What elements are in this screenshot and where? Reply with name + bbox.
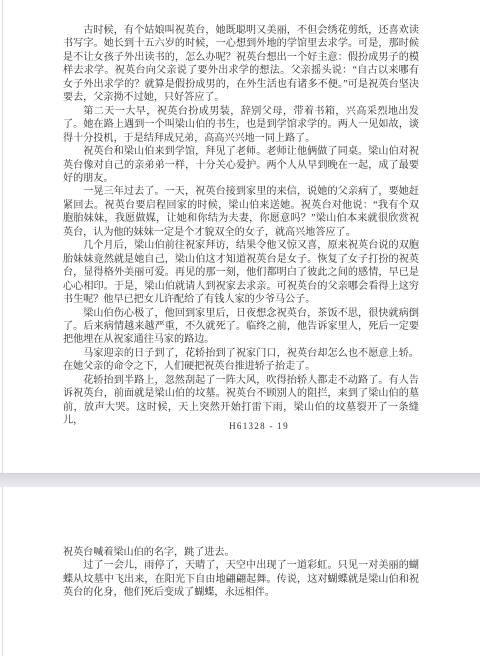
story-paragraph-10: 过了一会儿，雨停了，天晴了，天空中出现了一道彩虹。只见一对美丽的蝴蝶从坟墓中飞出…: [63, 559, 419, 599]
story-paragraph-7: 马家迎亲的日子到了，花轿抬到了祝家门口，祝英台却怎么也不愿意上轿。在她父亲的命令…: [63, 347, 419, 374]
story-paragraph-5: 几个月后，梁山伯前往祝家拜访，结果令他又惊又喜，原来祝英台说的双胞胎妹妹竟然就是…: [63, 239, 419, 306]
page-1-text-block: 古时候，有个姑娘叫祝英台，她既聪明又美丽，不但会绣花剪纸，还喜欢读书写字。她长到…: [63, 24, 419, 428]
page-2-text-block: 祝英台喊着梁山伯的名字，跳了进去。 过了一会儿，雨停了，天晴了，天空中出现了一道…: [63, 546, 419, 600]
story-paragraph-3: 祝英台和梁山伯来到学馆，拜见了老师。老师让他俩做了同桌。梁山伯对祝英台像对自己的…: [63, 145, 419, 185]
page-separator: [0, 473, 480, 487]
page-2: 祝英台喊着梁山伯的名字，跳了进去。 过了一会儿，雨停了，天晴了，天空中出现了一道…: [0, 487, 480, 656]
page-1-edge-line: [2, 0, 3, 473]
document-viewer: 古时候，有个姑娘叫祝英台，她既聪明又美丽，不但会绣花剪纸，还喜欢读书写字。她长到…: [0, 0, 480, 656]
page-1: 古时候，有个姑娘叫祝英台，她既聪明又美丽，不但会绣花剪纸，还喜欢读书写字。她长到…: [0, 0, 480, 473]
story-paragraph-4: 一晃三年过去了。一天，祝英台接到家里的来信，说她的父亲病了，要她赶紧回去。祝英台…: [63, 185, 419, 239]
story-paragraph-6: 梁山伯伤心极了，他回到家里后，日夜想念祝英台，茶饭不思，很快就病倒了。后来病情越…: [63, 307, 419, 347]
story-paragraph-1: 古时候，有个姑娘叫祝英台，她既聪明又美丽，不但会绣花剪纸，还喜欢读书写字。她长到…: [63, 24, 419, 105]
page-number-footer: H61328 - 19: [63, 421, 419, 431]
story-paragraph-2: 第二天一大早，祝英台扮成男装，辞别父母，带着书箱，兴高采烈地出发了。她在路上遇到…: [63, 105, 419, 145]
page-2-edge-line: [2, 487, 3, 656]
story-paragraph-8: 花轿抬到半路上，忽然刮起了一阵大风，吹得抬轿人都走不动路了。有人告诉祝英台，前面…: [63, 374, 419, 428]
story-paragraph-9-continuation: 祝英台喊着梁山伯的名字，跳了进去。: [63, 546, 419, 559]
